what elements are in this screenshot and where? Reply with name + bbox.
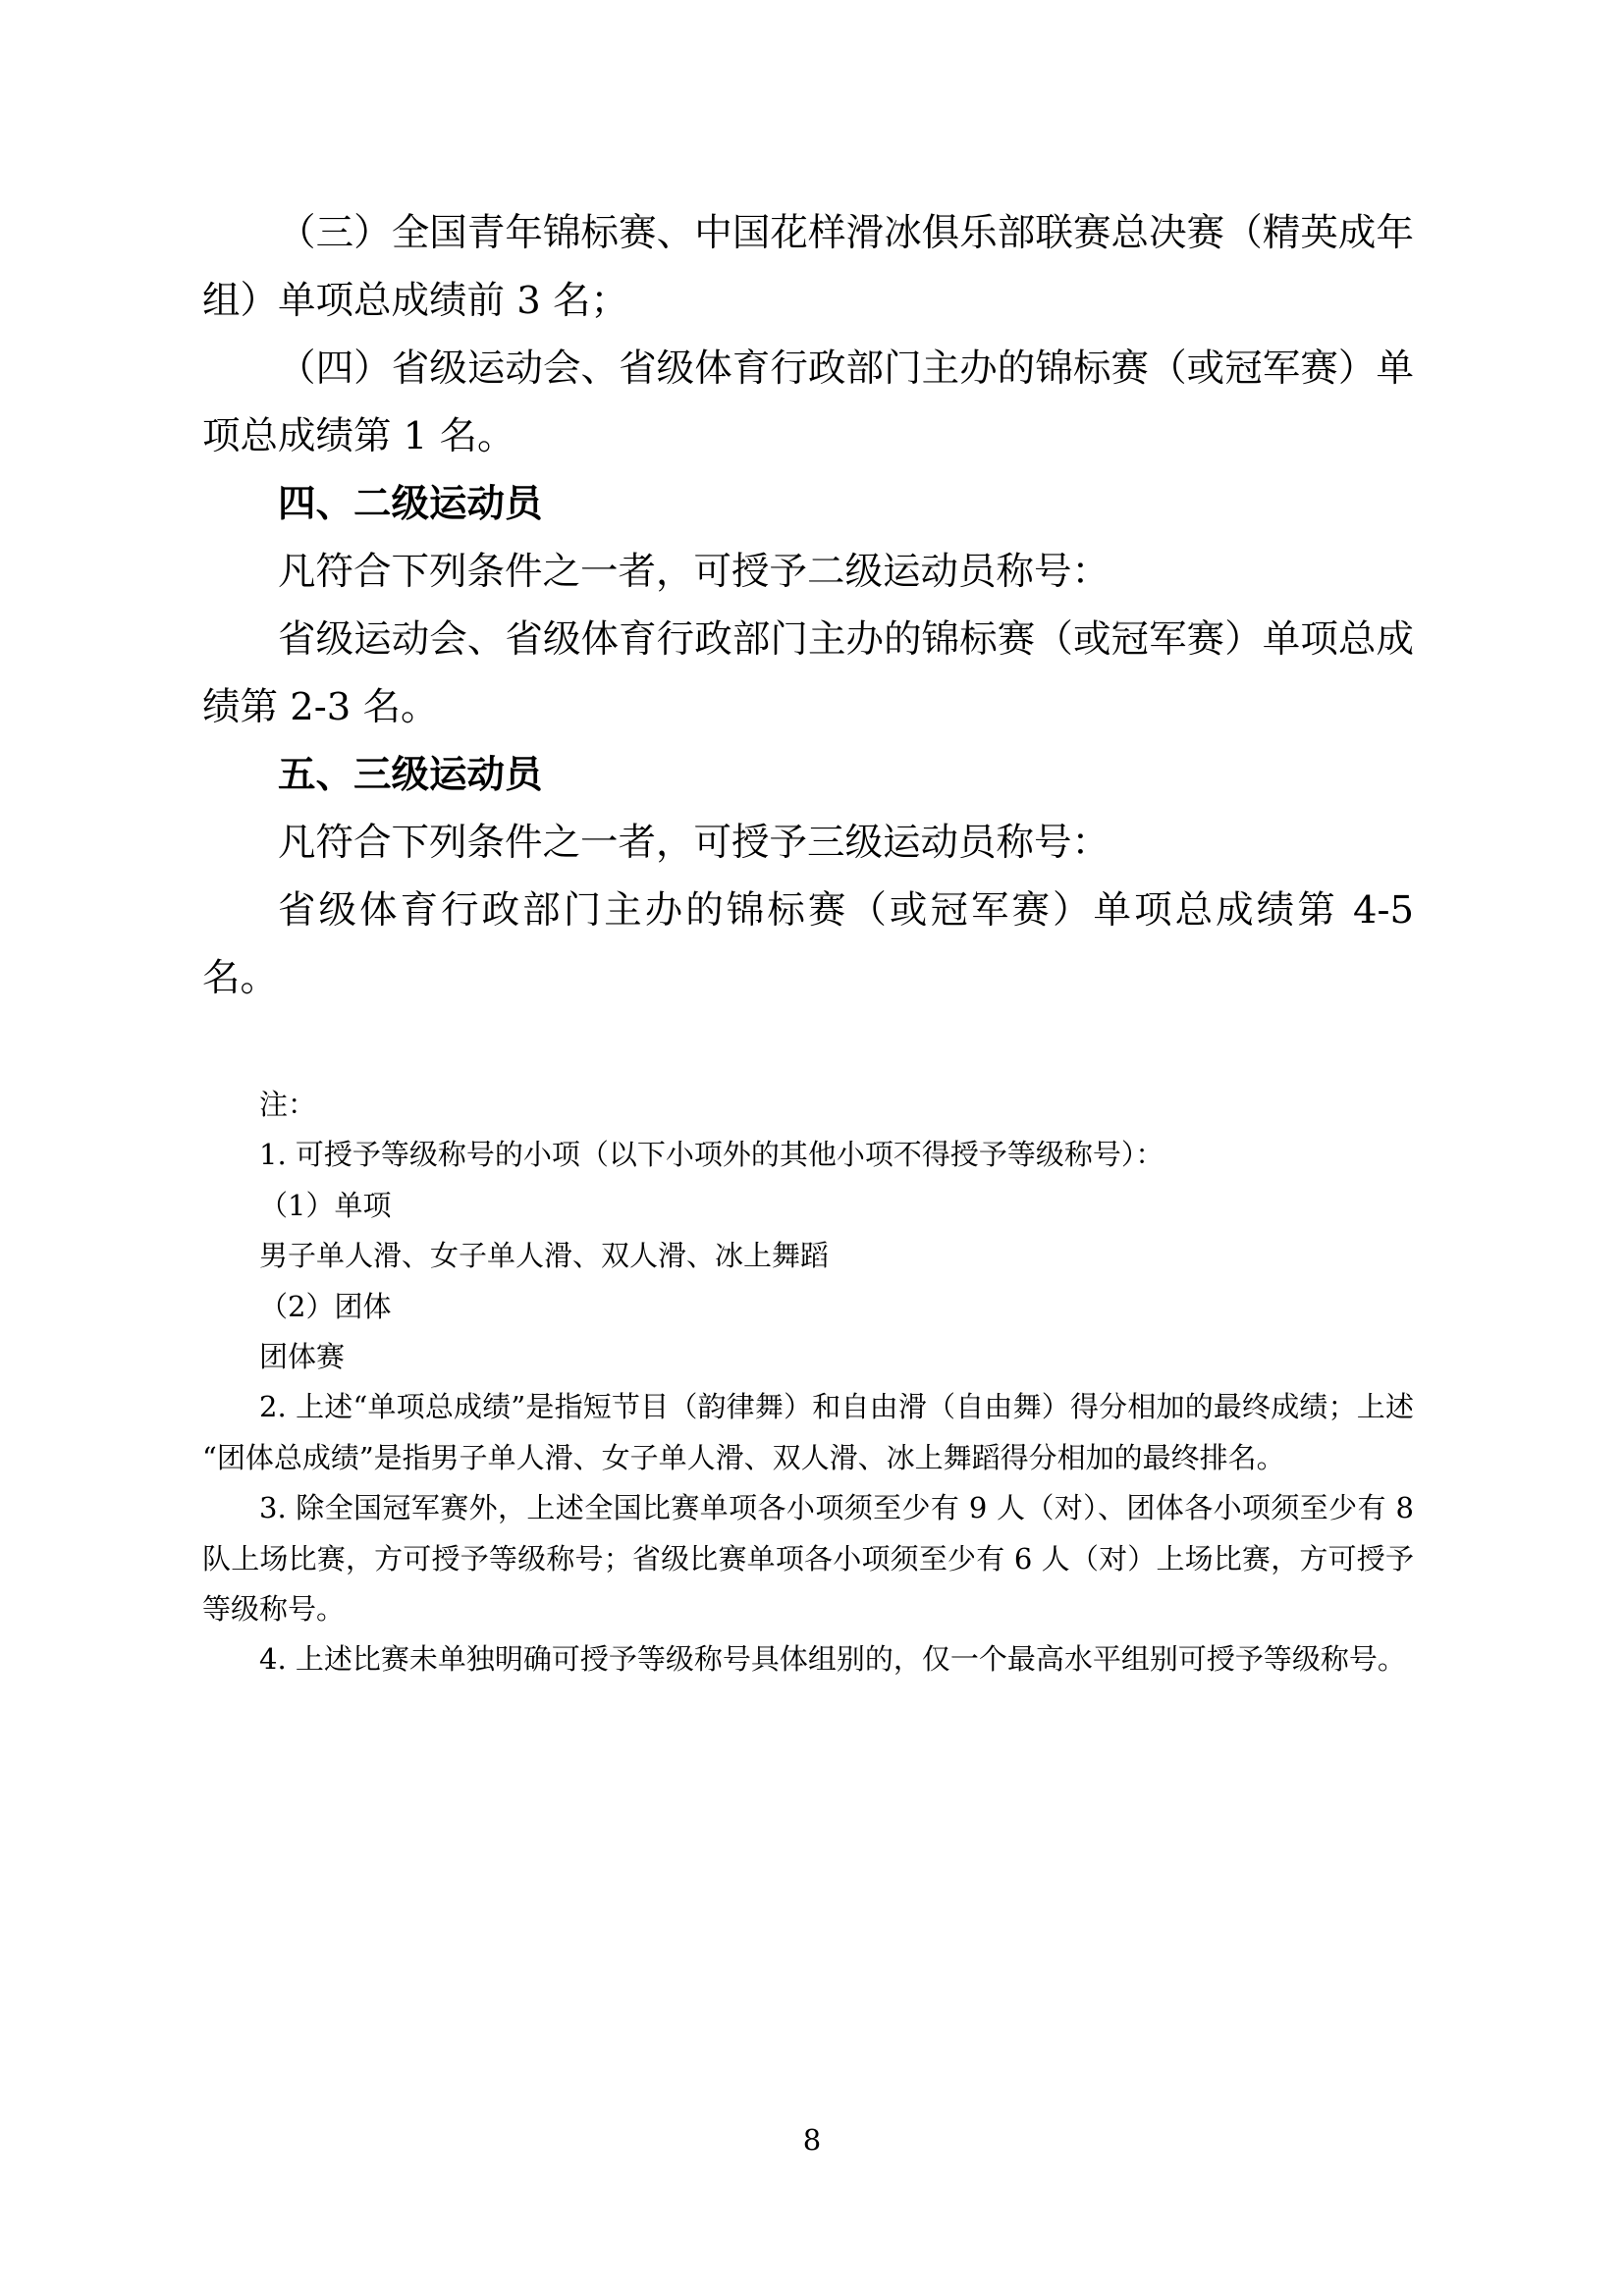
note-line: （1）单项 <box>202 1181 1414 1231</box>
note-line: 3. 除全国冠军赛外，上述全国比赛单项各小项须至少有 9 人（对）、团体各小项须… <box>202 1483 1414 1634</box>
note-line: （2）团体 <box>202 1282 1414 1332</box>
document-content: （三）全国青年锦标赛、中国花样滑冰俱乐部联赛总决赛（精英成年组）单项总成绩前 3… <box>202 199 1414 1685</box>
note-line: 团体赛 <box>202 1332 1414 1382</box>
body-paragraph: （三）全国青年锦标赛、中国花样滑冰俱乐部联赛总决赛（精英成年组）单项总成绩前 3… <box>202 199 1414 335</box>
body-paragraph: 省级运动会、省级体育行政部门主办的锦标赛（或冠军赛）单项总成绩第 2-3 名。 <box>202 606 1414 741</box>
note-line: 1. 可授予等级称号的小项（以下小项外的其他小项不得授予等级称号）： <box>202 1130 1414 1180</box>
body-paragraph: 凡符合下列条件之一者，可授予二级运动员称号： <box>202 538 1414 606</box>
page-number: 8 <box>0 2123 1624 2158</box>
note-line: 男子单人滑、女子单人滑、双人滑、冰上舞蹈 <box>202 1231 1414 1281</box>
document-page: （三）全国青年锦标赛、中国花样滑冰俱乐部联赛总决赛（精英成年组）单项总成绩前 3… <box>0 0 1624 2296</box>
section-heading: 四、二级运动员 <box>202 470 1414 538</box>
body-paragraph: （四）省级运动会、省级体育行政部门主办的锦标赛（或冠军赛）单项总成绩第 1 名。 <box>202 335 1414 470</box>
section-heading: 五、三级运动员 <box>202 741 1414 809</box>
note-line: 注： <box>202 1080 1414 1130</box>
body-paragraphs: （三）全国青年锦标赛、中国花样滑冰俱乐部联赛总决赛（精英成年组）单项总成绩前 3… <box>202 199 1414 1012</box>
body-paragraph: 凡符合下列条件之一者，可授予三级运动员称号： <box>202 809 1414 877</box>
notes-section: 注：1. 可授予等级称号的小项（以下小项外的其他小项不得授予等级称号）：（1）单… <box>202 1080 1414 1685</box>
note-line: 4. 上述比赛未单独明确可授予等级称号具体组别的，仅一个最高水平组别可授予等级称… <box>202 1634 1414 1684</box>
body-paragraph: 省级体育行政部门主办的锦标赛（或冠军赛）单项总成绩第 4-5 名。 <box>202 877 1414 1012</box>
note-line: 2. 上述“单项总成绩”是指短节目（韵律舞）和自由滑（自由舞）得分相加的最终成绩… <box>202 1382 1414 1483</box>
